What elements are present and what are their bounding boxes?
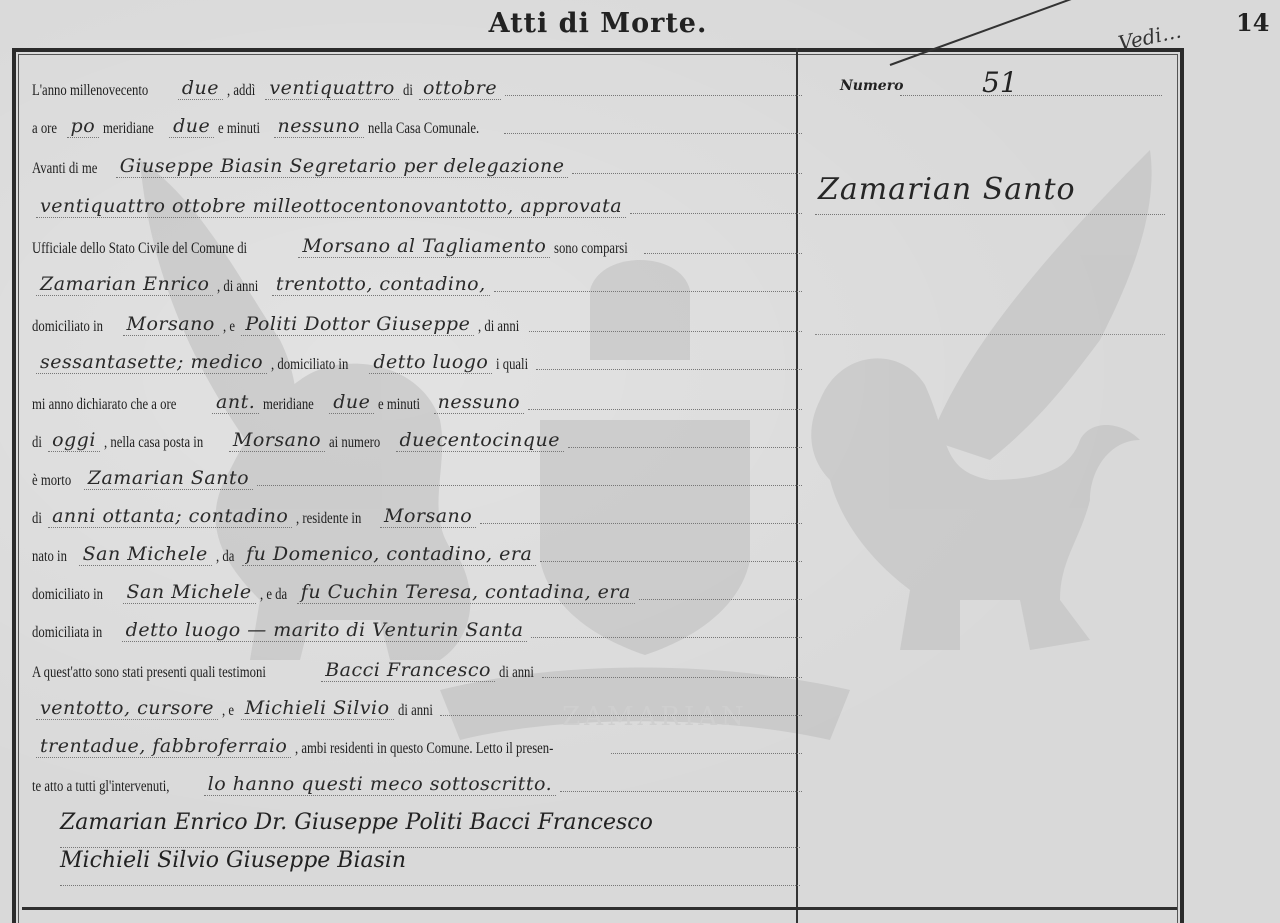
printed-text: nella Casa Comunale. — [368, 120, 479, 138]
handwritten-entry: due — [169, 115, 214, 138]
handwritten-entry: ventiquattro ottobre milleottocentonovan… — [36, 195, 626, 218]
handwritten-entry: detto luogo — marito di Venturin Santa — [122, 619, 528, 642]
record-line: domiciliato inSan Michele, e dafu Cuchin… — [32, 574, 802, 604]
bottom-rule — [22, 907, 1177, 910]
handwritten-entry: fu Cuchin Teresa, contadina, era — [297, 581, 635, 604]
handwritten-entry: lo hanno questi meco sottoscritto. — [204, 773, 556, 796]
handwritten-entry: po — [67, 115, 100, 138]
printed-text: A quest'atto sono stati presenti quali t… — [32, 664, 266, 682]
record-line: Avanti di meGiuseppe Biasin Segretario p… — [32, 148, 802, 178]
dotted-line — [504, 133, 802, 134]
printed-text: Ufficiale dello Stato Civile del Comune … — [32, 240, 247, 258]
handwritten-entry: Giuseppe Biasin Segretario per delegazio… — [116, 155, 569, 178]
printed-text: Avanti di me — [32, 160, 97, 178]
handwritten-entry: trentotto, contadino, — [272, 273, 490, 296]
dotted-line — [542, 677, 802, 678]
dotted-line — [529, 331, 802, 332]
dotted-line — [815, 214, 1165, 215]
handwritten-entry: Michieli Silvio — [241, 697, 394, 720]
record-line: è mortoZamarian Santo — [32, 460, 802, 490]
record-line: trentadue, fabbroferraio, ambi residenti… — [32, 728, 802, 758]
signature-row: Zamarian Enrico Dr. Giuseppe Politi Bacc… — [60, 810, 800, 848]
handwritten-entry: Bacci Francesco — [321, 659, 495, 682]
dotted-line — [257, 485, 802, 486]
record-line: te atto a tutti gl'intervenuti,lo hanno … — [32, 766, 802, 796]
record-line: nato inSan Michele, dafu Domenico, conta… — [32, 536, 802, 566]
dotted-line — [560, 791, 802, 792]
printed-text: di anni — [499, 664, 534, 682]
printed-text: sono comparsi — [554, 240, 628, 258]
printed-text: te atto a tutti gl'intervenuti, — [32, 778, 169, 796]
printed-text: , e da — [260, 586, 287, 604]
printed-text: a ore — [32, 120, 57, 138]
printed-text: e minuti — [378, 396, 420, 414]
handwritten-entry: Politi Dottor Giuseppe — [241, 313, 474, 336]
printed-text: i quali — [496, 356, 528, 374]
handwritten-entry: nessuno — [434, 391, 524, 414]
record-line: ventiquattro ottobre milleottocentonovan… — [32, 188, 802, 218]
numero-label: Numero — [840, 78, 903, 94]
printed-text: nato in — [32, 548, 67, 566]
handwritten-entry: ottobre — [419, 77, 501, 100]
handwritten-entry: Morsano — [229, 429, 325, 452]
record-line: domiciliata indetto luogo — marito di Ve… — [32, 612, 802, 642]
printed-text: è morto — [32, 472, 71, 490]
handwritten-entry: due — [178, 77, 223, 100]
printed-text: di — [403, 82, 413, 100]
printed-text: , di anni — [217, 278, 258, 296]
dotted-line — [540, 561, 802, 562]
dotted-line — [630, 213, 802, 214]
printed-text: mi anno dichiarato che a ore — [32, 396, 176, 414]
dotted-line — [572, 173, 802, 174]
record-line: L'anno millenovecentodue, addìventiquatt… — [32, 70, 802, 100]
record-line: a orepomeridianeduee minutinessunonella … — [32, 108, 802, 138]
dotted-line — [639, 599, 802, 600]
dotted-line — [815, 334, 1165, 335]
printed-text: , addì — [227, 82, 255, 100]
handwritten-entry: ventiquattro — [265, 77, 398, 100]
printed-text: di — [32, 510, 42, 528]
printed-text: , di anni — [478, 318, 519, 336]
printed-text: , ambi residenti in questo Comune. Letto… — [295, 740, 553, 758]
printed-text: meridiane — [103, 120, 154, 138]
signature-row: Michieli Silvio Giuseppe Biasin — [60, 848, 800, 886]
handwritten-entry: detto luogo — [369, 351, 492, 374]
record-line: sessantasette; medico, domiciliato indet… — [32, 344, 802, 374]
dotted-line — [611, 753, 803, 754]
dotted-line — [531, 637, 802, 638]
handwritten-entry: trentadue, fabbroferraio — [36, 735, 291, 758]
document-page: ZAMARIAN Atti di Morte. Vedi… 14 Numero … — [0, 0, 1280, 923]
signatures-block: Zamarian Enrico Dr. Giuseppe Politi Bacc… — [60, 810, 800, 886]
handwritten-entry: San Michele — [79, 543, 212, 566]
handwritten-entry: Morsano al Tagliamento — [298, 235, 550, 258]
handwritten-entry: anni ottanta; contadino — [48, 505, 292, 528]
dotted-line — [480, 523, 802, 524]
handwritten-entry: oggi — [48, 429, 100, 452]
printed-text: di anni — [398, 702, 433, 720]
record-line: ventotto, cursore, eMichieli Silviodi an… — [32, 690, 802, 720]
dotted-line — [505, 95, 802, 96]
handwritten-entry: Zamarian Enrico — [36, 273, 213, 296]
printed-text: , domiciliato in — [271, 356, 348, 374]
dotted-line — [494, 291, 802, 292]
printed-text: domiciliata in — [32, 624, 102, 642]
printed-text: L'anno millenovecento — [32, 82, 148, 100]
numero-dotted-line — [900, 95, 1162, 96]
record-line: mi anno dichiarato che a oreant.meridian… — [32, 384, 802, 414]
dotted-line — [528, 409, 802, 410]
handwritten-entry: Morsano — [123, 313, 219, 336]
printed-text: ai numero — [329, 434, 380, 452]
handwritten-entry: duecentocinque — [396, 429, 564, 452]
dotted-line — [536, 369, 802, 370]
printed-text: , nella casa posta in — [104, 434, 203, 452]
printed-text: , e — [223, 318, 235, 336]
page-title: Atti di Morte. — [0, 8, 1196, 39]
handwritten-entry: sessantasette; medico — [36, 351, 267, 374]
handwritten-entry: Morsano — [380, 505, 476, 528]
printed-text: domiciliato in — [32, 318, 103, 336]
handwritten-entry: San Michele — [123, 581, 256, 604]
printed-text: e minuti — [218, 120, 260, 138]
handwritten-entry: nessuno — [274, 115, 364, 138]
printed-text: , da — [216, 548, 234, 566]
printed-text: domiciliato in — [32, 586, 103, 604]
dotted-line — [440, 715, 802, 716]
handwritten-entry: ventotto, cursore — [36, 697, 218, 720]
page-number: 14 — [1236, 8, 1269, 37]
handwritten-entry: fu Domenico, contadino, era — [242, 543, 536, 566]
record-line: Ufficiale dello Stato Civile del Comune … — [32, 228, 802, 258]
handwritten-entry: due — [329, 391, 374, 414]
deceased-name-margin: Zamarian Santo — [818, 172, 1076, 207]
dotted-line — [644, 253, 802, 254]
record-line: domiciliato inMorsano, ePoliti Dottor Gi… — [32, 306, 802, 336]
dotted-line — [568, 447, 802, 448]
printed-text: , e — [222, 702, 234, 720]
printed-text: di — [32, 434, 42, 452]
record-line: A quest'atto sono stati presenti quali t… — [32, 652, 802, 682]
handwritten-entry: ant. — [212, 391, 259, 414]
printed-text: , residente in — [296, 510, 361, 528]
printed-text: meridiane — [263, 396, 314, 414]
record-line: Zamarian Enrico, di annitrentotto, conta… — [32, 266, 802, 296]
record-line: dianni ottanta; contadino, residente inM… — [32, 498, 802, 528]
record-line: dioggi, nella casa posta inMorsanoai num… — [32, 422, 802, 452]
handwritten-entry: Zamarian Santo — [84, 467, 253, 490]
